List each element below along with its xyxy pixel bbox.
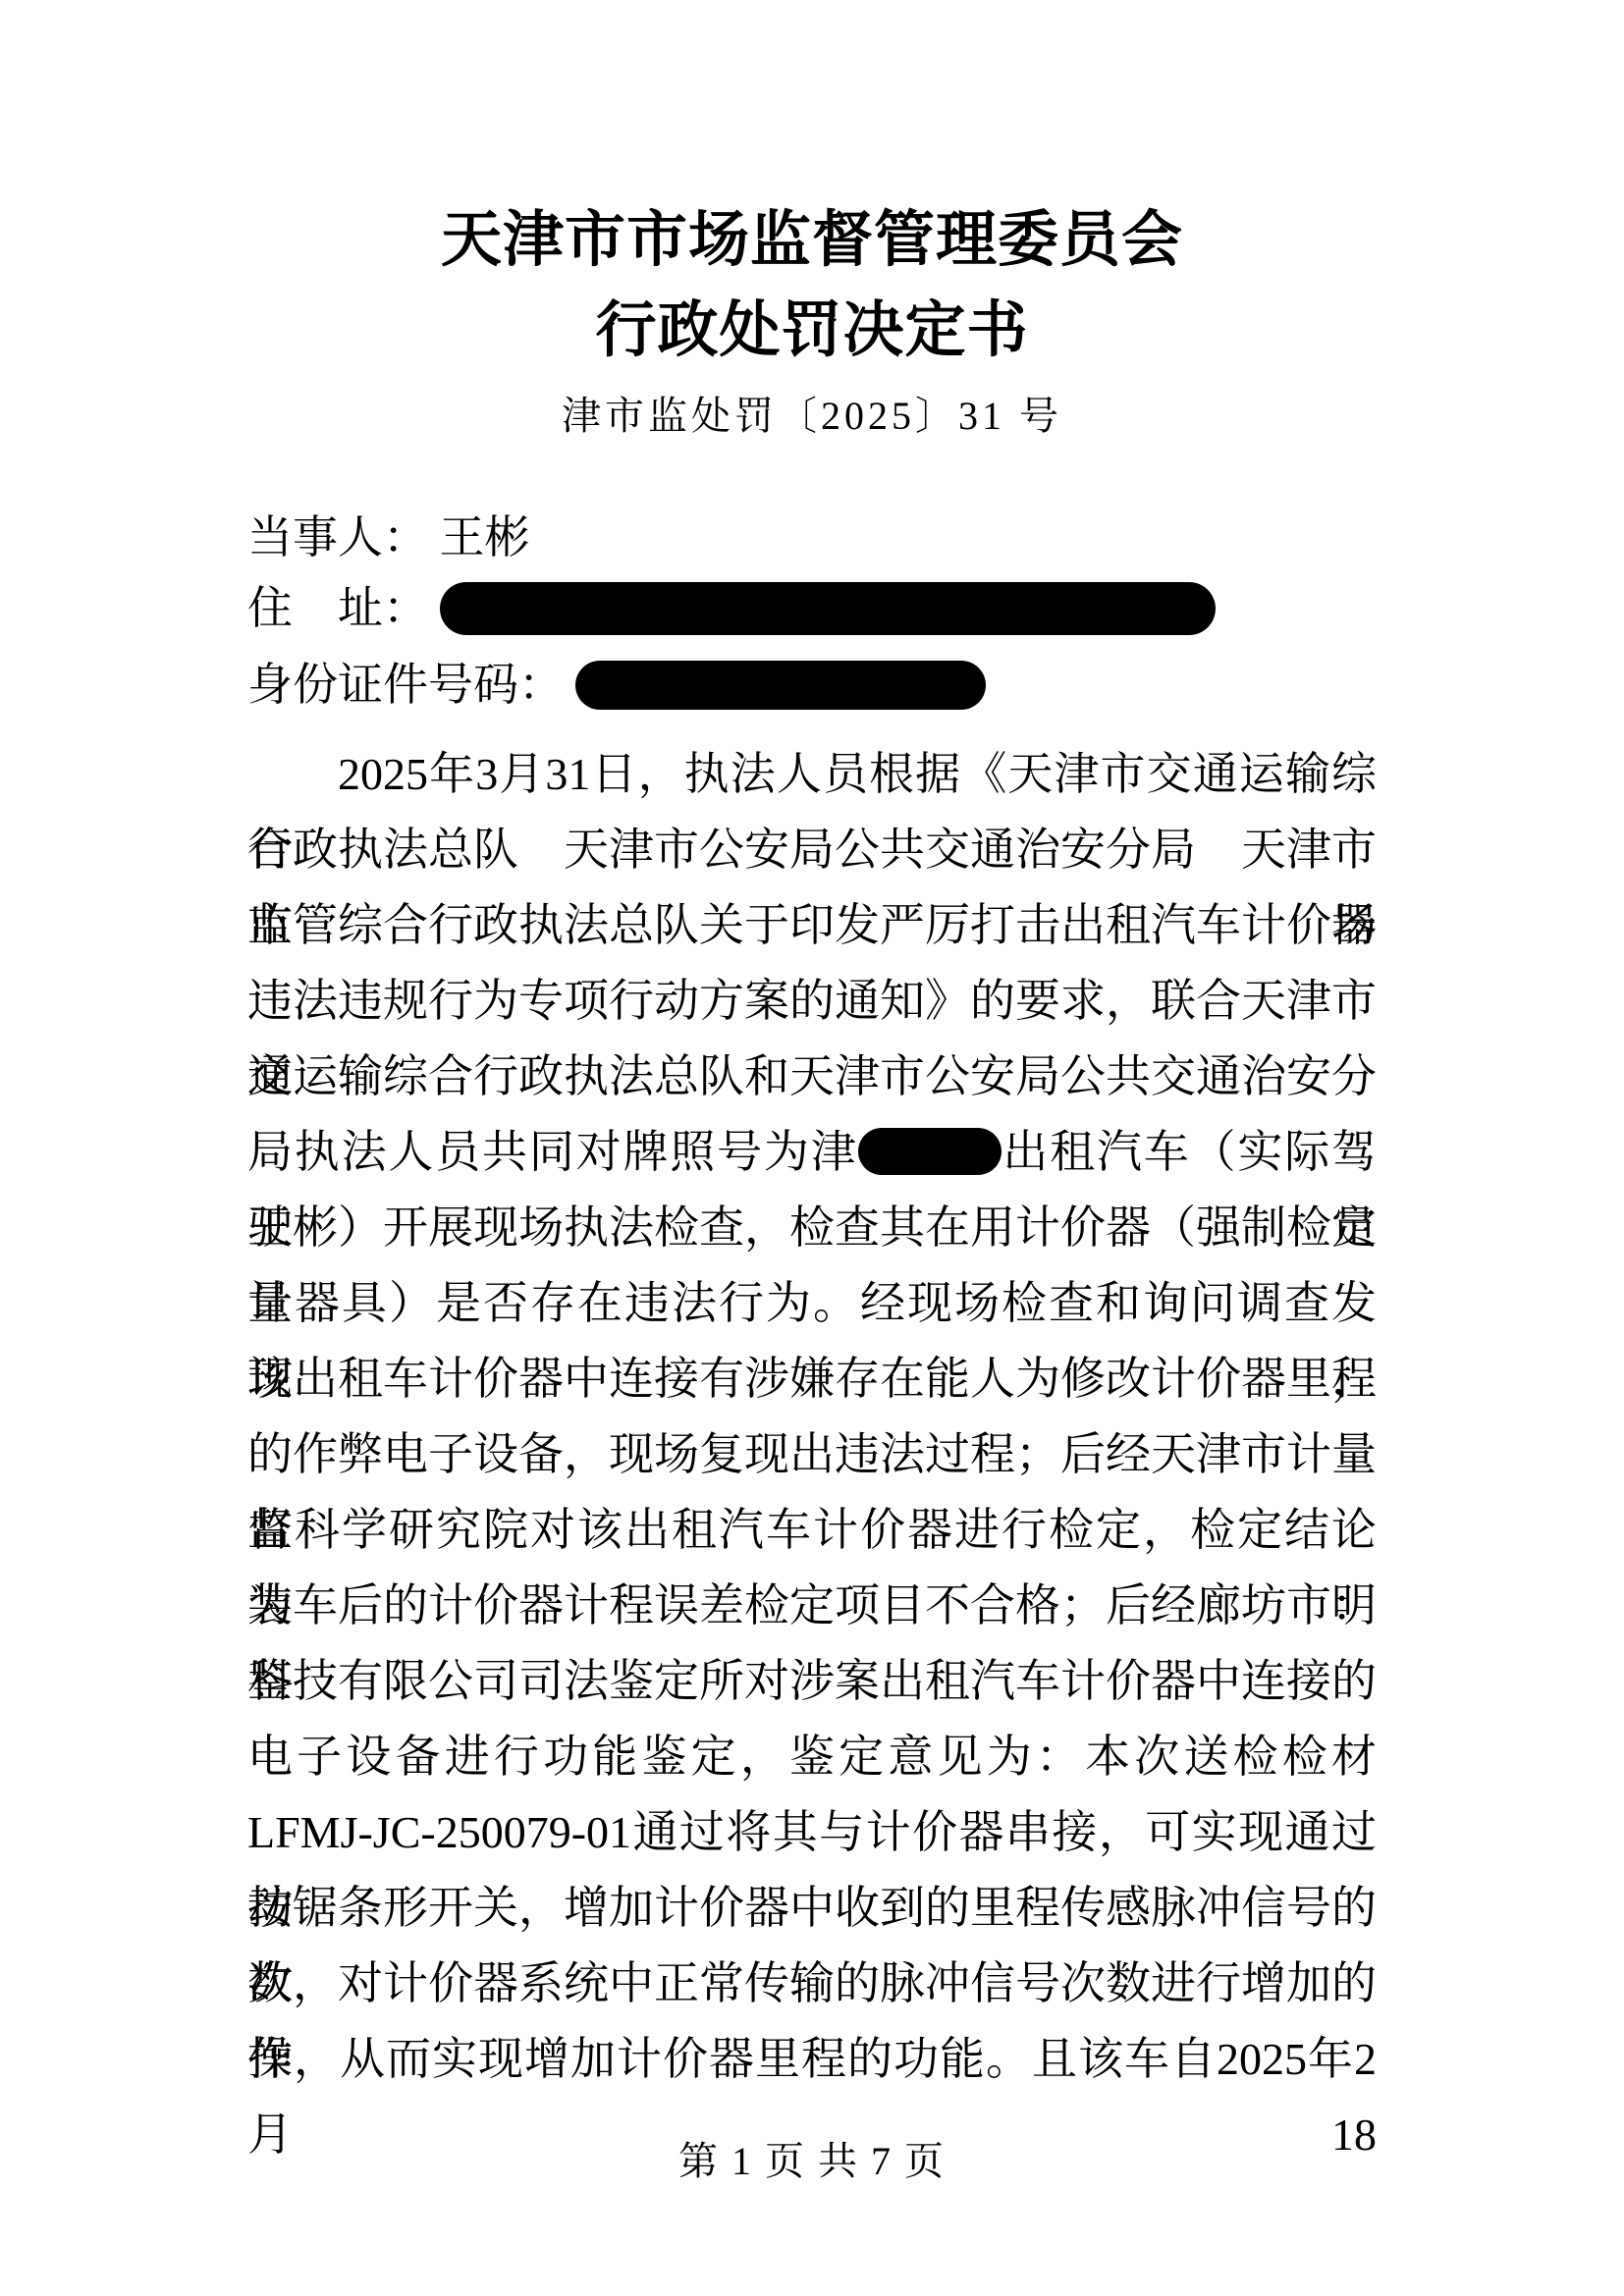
- body-line: 动锯条形开关，增加计价器中收到的里程传感脉冲信号的次: [247, 1870, 1377, 1946]
- body-line: 王彬）开展现场执法检查，检查其在用计价器（强制检定计: [247, 1190, 1377, 1265]
- body-line: 装车后的计价器计程误差检定项目不合格；后经廊坊市明鉴: [247, 1568, 1377, 1643]
- party-name-label: 当事人：: [247, 510, 440, 565]
- plate-text-before: 局执法人员共同对牌照号为津: [247, 1127, 858, 1177]
- body-line: 2025年3月31日，执法人员根据《天津市交通运输综合: [247, 736, 1377, 812]
- document-title-type: 行政处罚决定书: [0, 296, 1624, 365]
- body-paragraph: 2025年3月31日，执法人员根据《天津市交通运输综合 行政执法总队 天津市公安…: [247, 736, 1377, 2097]
- document-title-agency: 天津市市场监督管理委员会: [0, 206, 1624, 275]
- body-line: 量器具）是否存在违法行为。经现场检查和询问调查发现，: [247, 1265, 1377, 1341]
- license-plate-redaction-bar: [858, 1128, 1001, 1175]
- body-line-with-plate: 局执法人员共同对牌照号为津出租汽车（实际驾驶员: [247, 1114, 1377, 1190]
- body-line: 违法违规行为专项行动方案的通知》的要求，联合天津市交: [247, 963, 1377, 1039]
- page-number-footer: 第 1 页 共 7 页: [0, 2138, 1624, 2185]
- body-line: 电子设备进行功能鉴定，鉴定意见为：本次送检检材: [247, 1719, 1377, 1794]
- body-line: 该出租车计价器中连接有涉嫌存在能人为修改计价器里程: [247, 1341, 1377, 1416]
- body-line: LFMJ-JC-250079-01通过将其与计价器串接，可实现通过按: [247, 1794, 1377, 1870]
- scanned-document-page: 天津市市场监督管理委员会 行政处罚决定书 津市监处罚〔2025〕31 号 当事人…: [0, 0, 1624, 2296]
- body-line: 数，对计价器系统中正常传输的脉冲信号次数进行增加的操: [247, 1946, 1377, 2021]
- id-number-redaction-bar: [575, 661, 986, 710]
- party-id-row: 身份证件号码：: [247, 658, 986, 713]
- body-line: 作，从而实现增加计价器里程的功能。且该车自2025年2月18: [247, 2021, 1377, 2097]
- body-line: 监管综合行政执法总队关于印发严厉打击出租汽车计价器: [247, 887, 1377, 963]
- party-address-label: 住 址：: [247, 581, 428, 636]
- body-line: 行政执法总队 天津市公安局公共交通治安分局 天津市市场: [247, 812, 1377, 887]
- party-name-row: 当事人： 王彬: [247, 510, 530, 565]
- body-line: 督科学研究院对该出租汽车计价器进行检定，检定结论为：: [247, 1492, 1377, 1568]
- document-number: 津市监处罚〔2025〕31 号: [0, 392, 1624, 441]
- body-line: 科技有限公司司法鉴定所对涉案出租汽车计价器中连接的: [247, 1643, 1377, 1719]
- body-line: 通运输综合行政执法总队和天津市公安局公共交通治安分: [247, 1039, 1377, 1114]
- party-id-label: 身份证件号码：: [247, 658, 564, 713]
- body-line: 的作弊电子设备，现场复现出违法过程；后经天津市计量监: [247, 1416, 1377, 1492]
- party-address-row: 住 址：: [247, 581, 1216, 636]
- address-redaction-bar: [440, 582, 1216, 635]
- party-name-value: 王彬: [440, 510, 530, 565]
